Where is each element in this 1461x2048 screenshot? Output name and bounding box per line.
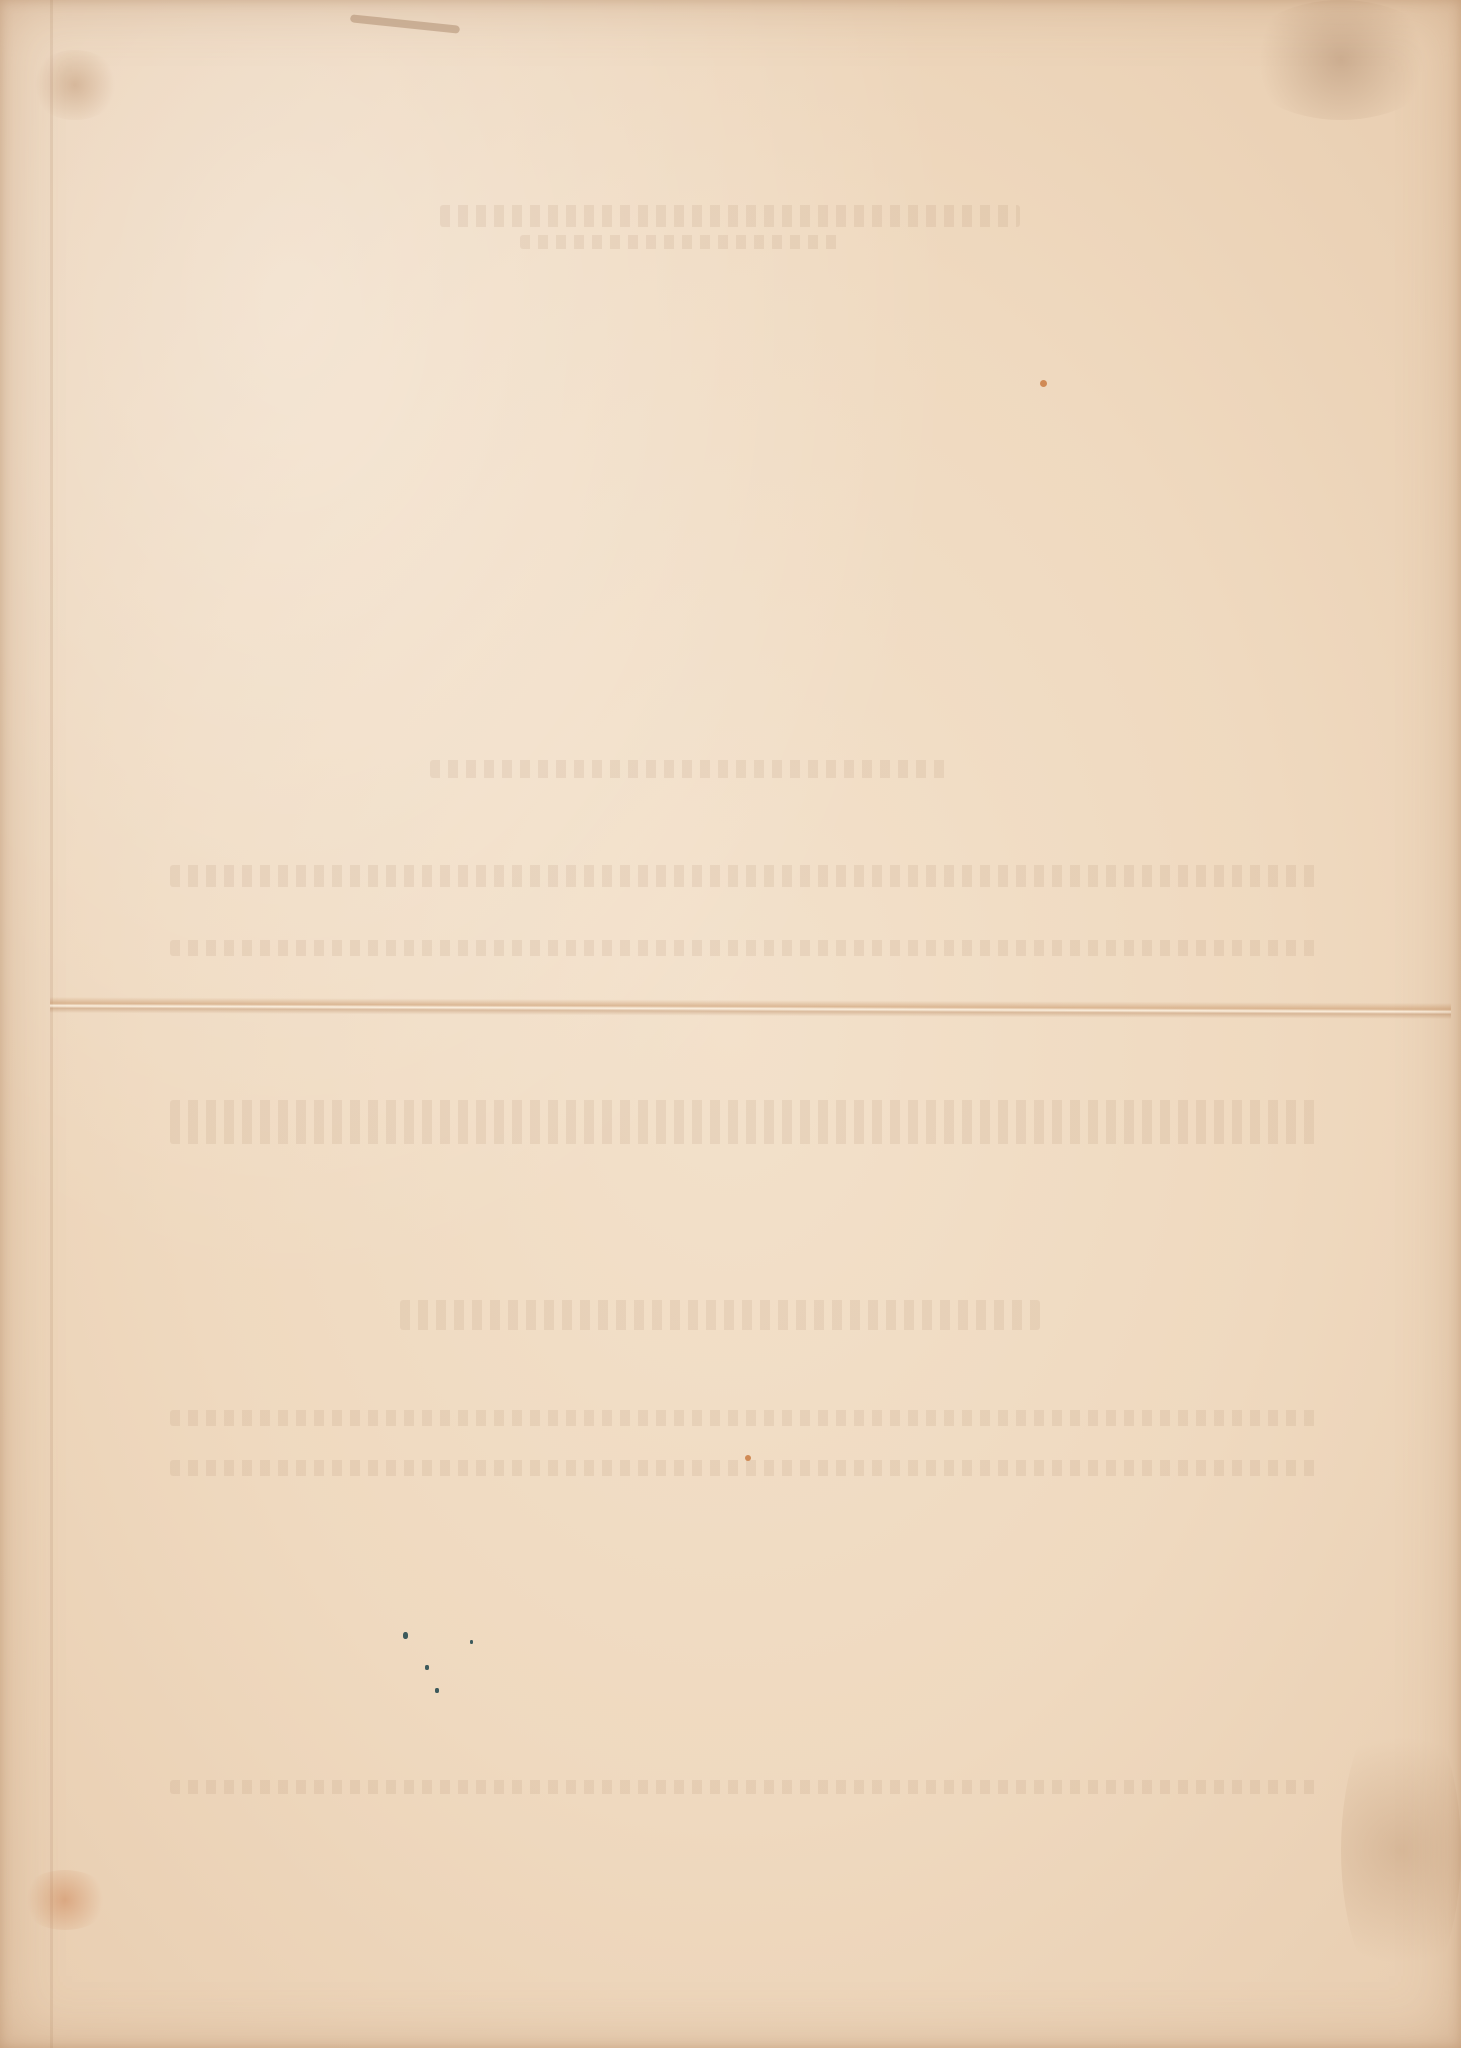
horizontal-fold — [50, 997, 1451, 1019]
show-through-line — [520, 235, 840, 249]
stain-top-left — [30, 50, 120, 120]
stain-bottom-left — [20, 1870, 110, 1930]
paper-sheet — [0, 0, 1461, 2048]
show-through-line — [170, 1780, 1320, 1794]
left-edge-crease — [50, 0, 53, 2048]
stain-bottom-right — [1341, 1700, 1461, 2000]
show-through-line — [170, 865, 1320, 887]
stain-top-right — [1241, 0, 1441, 120]
rust-spot — [745, 1455, 751, 1461]
ink-spot — [435, 1688, 439, 1693]
rust-spot — [1040, 380, 1047, 387]
ink-spot — [425, 1665, 429, 1670]
show-through-line — [170, 940, 1320, 956]
show-through-line — [440, 205, 1020, 227]
edge-discoloration — [0, 0, 1461, 2048]
top-edge-tear — [350, 14, 460, 33]
show-through-line — [430, 760, 950, 778]
show-through-line — [170, 1100, 1320, 1144]
show-through-line — [170, 1410, 1320, 1426]
ink-spot — [470, 1640, 473, 1644]
show-through-line — [400, 1300, 1040, 1330]
show-through-line — [170, 1460, 1320, 1476]
ink-spot — [403, 1632, 408, 1639]
